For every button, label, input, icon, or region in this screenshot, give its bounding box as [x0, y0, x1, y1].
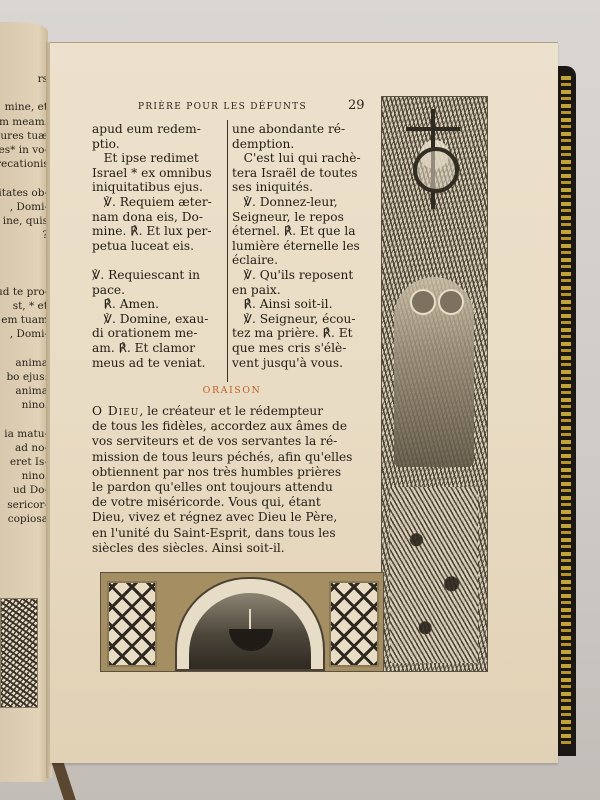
oraison-line: en l'unité du Saint-Esprit, dans tous le… — [92, 526, 374, 541]
latin-line: mine. ℟. Et lux per- — [92, 224, 224, 239]
latin-line: ℟. Amen. — [92, 297, 224, 312]
french-line: ses iniquités. — [232, 180, 372, 195]
left-text-line — [0, 271, 48, 285]
left-page-fragment: rsmine, etm meam.ures tuæes* in vo-recat… — [0, 22, 48, 782]
oraison-first-line: O Dieu, le créateur et le rédempteur — [92, 404, 374, 419]
latin-line: ℣. Requiescant in — [92, 268, 224, 283]
oraison-line: de votre miséricorde. Vous qui, étant — [92, 495, 374, 510]
left-text-line: ia matu- — [0, 427, 48, 441]
french-line: éclaire. — [232, 253, 372, 268]
french-line: ℣. Qu'ils reposent — [232, 268, 372, 283]
oraison-line: de tous les fidèles, accordez aux âmes d… — [92, 419, 374, 434]
french-column: une abondante ré-demption. C'est lui qui… — [232, 122, 372, 370]
oraison-line: mission de tous leurs péchés, afin qu'el… — [92, 450, 374, 465]
latin-line: Et ipse redimet — [92, 151, 224, 166]
left-text-line: nino. — [0, 469, 48, 483]
french-line: C'est lui qui rachè- — [232, 151, 372, 166]
left-text-line: ine, quis — [0, 214, 48, 228]
page-number: 29 — [348, 98, 365, 113]
left-text-line: em tuam — [0, 313, 48, 327]
latin-line: ℣. Domine, exau- — [92, 312, 224, 327]
left-text-line: anima — [0, 356, 48, 370]
left-text-line — [0, 171, 48, 185]
left-text-line — [0, 256, 48, 270]
running-header: PRIÈRE POUR LES DÉFUNTS — [138, 102, 374, 112]
french-line: Seigneur, le repos — [232, 210, 372, 225]
left-text-line: anima — [0, 384, 48, 398]
column-divider — [227, 120, 228, 382]
left-text-line — [0, 242, 48, 256]
latin-line: Israel * ex omnibus — [92, 166, 224, 181]
left-text-line: eret Is- — [0, 455, 48, 469]
left-text-line: itates ob- — [0, 186, 48, 200]
left-text-line: , Domi- — [0, 327, 48, 341]
left-text-line: recationis — [0, 157, 48, 171]
sea-scene — [189, 593, 311, 669]
latin-line: pace. — [92, 283, 224, 298]
french-line: lumière éternelle les — [232, 239, 372, 254]
quatrefoil-tile-icon — [329, 581, 379, 667]
oraison-line: siècles des siècles. Ainsi soit-il. — [92, 541, 374, 556]
left-text-line: bo ejus: — [0, 370, 48, 384]
grapevine-icon — [390, 487, 478, 663]
ribbon-bookmark — [52, 762, 77, 800]
french-line: en paix. — [232, 283, 372, 298]
latin-line: apud eum redem- — [92, 122, 224, 137]
left-text-line — [0, 413, 48, 427]
french-line: demption. — [232, 137, 372, 152]
left-text-line: es* in vo- — [0, 143, 48, 157]
book-cover-edge — [556, 66, 576, 756]
vertical-ornament-panel — [381, 96, 488, 672]
latin-line: ℣. Requiem æter- — [92, 195, 224, 210]
left-text-line: st, * et — [0, 299, 48, 313]
latin-column: apud eum redem-ptio. Et ipse redimetIsra… — [92, 122, 224, 370]
french-line: ℣. Seigneur, écou- — [232, 312, 372, 327]
halo-icon — [410, 289, 436, 315]
oraison-line: Dieu, vivez et régnez avec Dieu le Père, — [92, 510, 374, 525]
french-line: une abondante ré- — [232, 122, 372, 137]
latin-line: ptio. — [92, 137, 224, 152]
oraison-text: O Dieu, le créateur et le rédempteur de … — [92, 404, 374, 556]
french-line: ℟. Ainsi soit-il. — [232, 297, 372, 312]
wreath-icon — [413, 147, 459, 193]
left-text-line: , Domi- — [0, 200, 48, 214]
latin-line: petua luceat eis. — [92, 239, 224, 254]
left-text-line: ud te pro- — [0, 285, 48, 299]
oraison-heading: ORAISON — [92, 385, 372, 396]
cross-bar — [406, 127, 460, 131]
french-line: que mes cris s'élè- — [232, 341, 372, 356]
left-text-line: ad no- — [0, 441, 48, 455]
latin-line: nam dona eis, Do- — [92, 210, 224, 225]
latin-line: am. ℟. Et clamor — [92, 341, 224, 356]
left-page-text: rsmine, etm meam.ures tuæes* in vo-recat… — [0, 72, 48, 526]
left-text-line: rs — [0, 72, 48, 86]
oraison-line: le pardon qu'elles ont toujours attendu — [92, 480, 374, 495]
left-text-line: m meam. — [0, 115, 48, 129]
french-line: tera Israël de toutes — [232, 166, 372, 181]
french-line: éternel. ℟. Et que la — [232, 224, 372, 239]
latin-line — [92, 253, 224, 268]
oraison-line: vos serviteurs et de vos servantes la ré… — [92, 434, 374, 449]
left-text-line: nino. — [0, 398, 48, 412]
left-text-line: sericor- — [0, 498, 48, 512]
left-text-line: ? — [0, 228, 48, 242]
oraison-line: obtiennent par nos très humbles prières — [92, 465, 374, 480]
ship-icon — [229, 629, 273, 651]
latin-line: di orationem me- — [92, 326, 224, 341]
latin-line: iniquitatibus ejus. — [92, 180, 224, 195]
horizontal-ornament-panel — [100, 572, 384, 672]
left-text-line: ures tuæ — [0, 129, 48, 143]
left-text-line: copiosa — [0, 512, 48, 526]
gilt-border-icon — [561, 76, 571, 748]
quatrefoil-tile-icon — [107, 581, 157, 667]
french-line: tez ma prière. ℟. Et — [232, 326, 372, 341]
latin-line: meus ad te veniat. — [92, 356, 224, 371]
left-text-line — [0, 86, 48, 100]
left-text-line: mine, et — [0, 100, 48, 114]
french-line: vent jusqu'à vous. — [232, 356, 372, 371]
left-text-line: ud Do- — [0, 483, 48, 497]
halo-icon — [438, 289, 464, 315]
left-page-ornament-icon — [0, 598, 38, 708]
arch-frame — [175, 577, 325, 671]
oraison-first-words: O Dieu — [92, 404, 139, 418]
left-text-line — [0, 342, 48, 356]
french-line: ℣. Donnez-leur, — [232, 195, 372, 210]
